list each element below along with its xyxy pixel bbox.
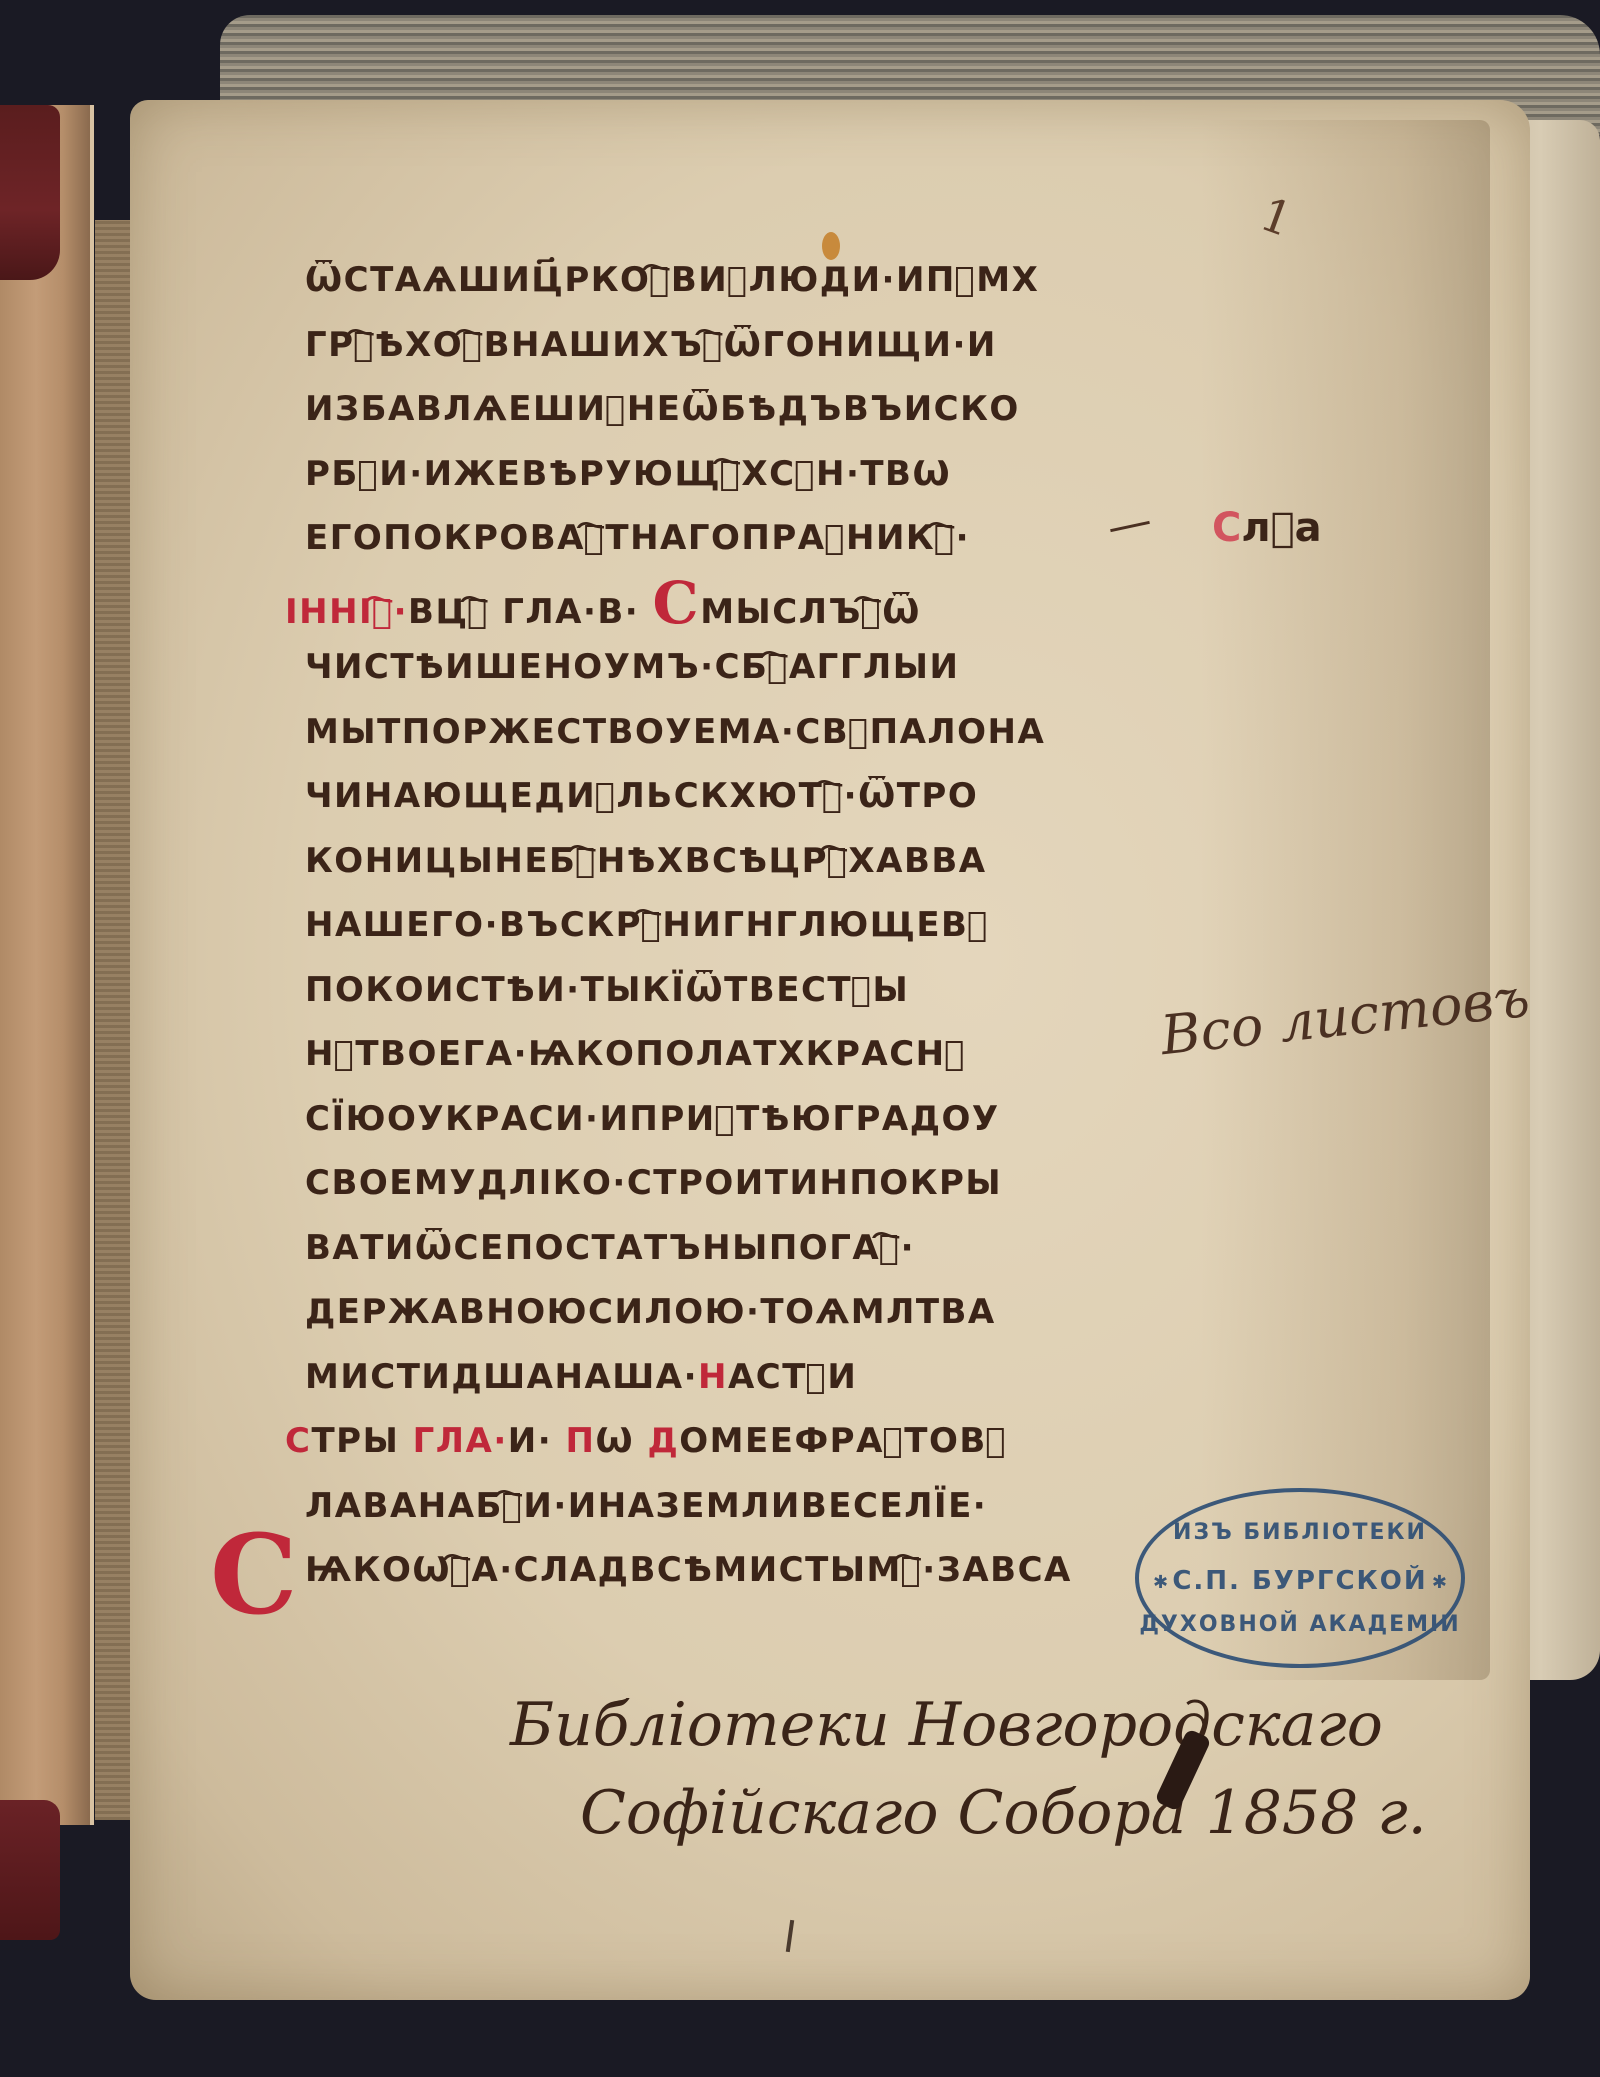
text-line: егопокроваⷭ҇тнагопраⷥникⷭ҇· [305, 506, 1145, 571]
line-text: мыслъⷢ҇ѿ [700, 592, 921, 632]
text-line: ватиѿсепостатъныпогаⷩ҇· [305, 1216, 1145, 1281]
text-line: избавлѧешиⷤнеѿбѣдъвъиско [305, 377, 1145, 442]
line-text: омеефраⷩтовⷯ [679, 1421, 1007, 1461]
rubric-letter: П [566, 1421, 596, 1461]
leather-corner-top [0, 105, 60, 280]
text-line: ѿстаѧшиц҃ркоⷡ҇виⷧлюди·ипⷮмх [305, 248, 1145, 313]
text-line: рбⷮи·ижевѣрующⷯ҇хсⷤн·твѡ [305, 442, 1145, 507]
inscription-line-1: Библіотеки Новгородскаго [510, 1690, 1427, 1760]
text-line-rubric: мистидшанаша·Настⷮи [305, 1345, 1145, 1410]
text-line-rubric: інніⷦ҇·вцⷯ҇ гла·в· Смыслъⷢ҇ѿ [285, 571, 1145, 636]
initial-letter: С [653, 569, 701, 637]
library-stamp: ИЗЪ БИБЛІОТЕКИ ✱ С.П. БУРГСКОЙ ✱ ДУХОВНО… [1135, 1488, 1465, 1668]
line-text: тры [311, 1421, 412, 1461]
adjacent-book-board [0, 105, 94, 1825]
text-line: ѩкоѡⷰ҇а·сладвсѣмистымⷩ҇·завса [305, 1538, 1145, 1603]
text-line: чинающедиⷣльскхютⷭ҇·ѿтро [305, 764, 1145, 829]
rubric-letter: Н [698, 1357, 728, 1397]
line-text: мистидшанаша· [305, 1357, 698, 1397]
rubric-text: Гла· [413, 1421, 508, 1461]
text-line: лаванабⷭ҇и·иназемливеселїе· [305, 1474, 1145, 1539]
text-line: сїюоукраси·иприⷱтѣюградоу [305, 1087, 1145, 1152]
text-line: чистѣишеноумъ·сбⷭ҇агглыи [305, 635, 1145, 700]
text-line: грⷭ҇ѣхоⷡ҇внашихъⷢ҇ѿгонищи·и [305, 313, 1145, 378]
text-line: нашего·въскрⷭ҇нигнглющевⷯ [305, 893, 1145, 958]
rubric-letter: С [285, 1421, 311, 1461]
text-block: ѿстаѧшиц҃ркоⷡ҇виⷧлюди·ипⷮмх грⷭ҇ѣхоⷡ҇вна… [305, 248, 1145, 1603]
margin-rubric-note: Слⷶа [1212, 505, 1322, 551]
line-text: астⷮи [728, 1357, 857, 1397]
line-text: вцⷯ҇ гла·в· [408, 592, 653, 632]
line-text: ѡ [595, 1421, 647, 1461]
stamp-line-3: ДУХОВНОЙ АКАДЕМІИ [1139, 1612, 1461, 1637]
margin-rubric-black: лⷶа [1241, 505, 1321, 551]
text-line: державноюсилою·тоѧмлтва [305, 1280, 1145, 1345]
text-line-rubric: Стры Гла·И· Пѡ Домеефраⷩтовⷯ [285, 1409, 1145, 1474]
ownership-inscription: Библіотеки Новгородскаго Софійскаго Собо… [500, 1690, 1427, 1848]
text-line: нⷤтвоега·ѩкополатхкраснⷹ [305, 1022, 1145, 1087]
line-text: И· [508, 1421, 566, 1461]
text-line: коницынебⷭ҇нѣхвсѣцрⷭ҇хавва [305, 829, 1145, 894]
stamp-ornament-icon: ✱ [1432, 1572, 1447, 1593]
text-line: мытпоржествоуема·свⷮпалона [305, 700, 1145, 765]
text-line: своемудлiко·строитинпокры [305, 1151, 1145, 1216]
page-stain [1200, 120, 1490, 1680]
inscription-line-2: Софійскаго Собора 1858 г. [580, 1778, 1427, 1848]
stamp-line-1: ИЗЪ БИБЛІОТЕКИ [1139, 1520, 1461, 1545]
rubric-text: інніⷦ҇· [285, 592, 408, 632]
stamp-line-2: С.П. БУРГСКОЙ [1139, 1566, 1461, 1596]
large-initial-letter: С [210, 1520, 298, 1630]
rubric-letter: Д [647, 1421, 679, 1461]
leather-corner-bottom [0, 1800, 60, 1940]
text-line: покоистѣи·тыкїѿтвестⷮы [305, 958, 1145, 1023]
margin-rubric-red: С [1212, 505, 1241, 551]
